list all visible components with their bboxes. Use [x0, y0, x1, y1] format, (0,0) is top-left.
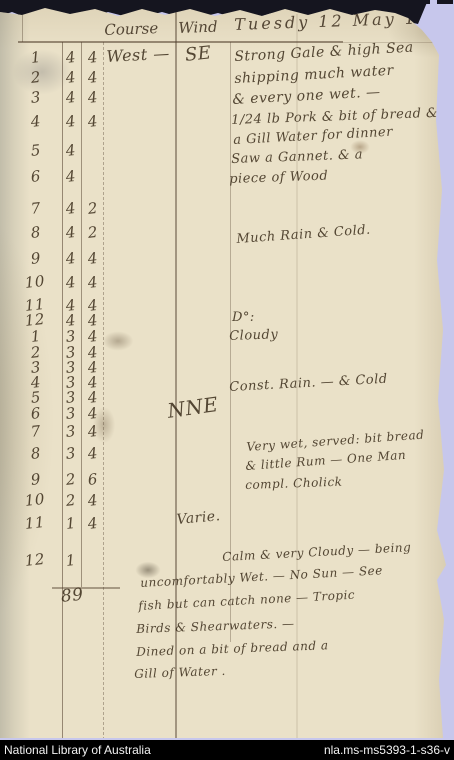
- watermark-bar: National Library of Australia nla.ms-ms5…: [0, 740, 454, 760]
- remark-line: a Gill Water for dinner: [233, 126, 393, 149]
- fathoms-value: 4: [87, 405, 99, 422]
- fathoms-value: 4: [87, 492, 99, 509]
- hour-value: 10: [24, 273, 46, 292]
- remark-line: Gill of Water .: [134, 665, 226, 681]
- knots-value: 4: [65, 142, 77, 159]
- fathoms-value: 4: [87, 515, 99, 532]
- remark-line: Saw a Gannet. & a: [231, 148, 363, 167]
- hour-value: 7: [30, 423, 42, 440]
- logbook-page: Course Wind Tuesdy 12 May 1789 144244344…: [0, 0, 454, 740]
- knots-value: 1: [65, 515, 77, 532]
- fathoms-value: 2: [87, 224, 99, 241]
- fathoms-value: 2: [87, 200, 99, 217]
- knots-value: 3: [65, 405, 77, 422]
- hour-value: 8: [30, 445, 42, 462]
- fathoms-value: 4: [87, 49, 99, 66]
- remark-line: Const. Rain. — & Cold: [229, 373, 388, 396]
- fathoms-value: 4: [87, 274, 99, 291]
- course-entry: West —: [106, 45, 170, 66]
- hour-value: 6: [30, 168, 42, 185]
- table-rule-horizontal: [18, 41, 343, 43]
- top-edge-dashes: [0, 0, 454, 4]
- knots-value: 3: [65, 423, 77, 440]
- hour-value: 2: [30, 69, 42, 86]
- fathoms-value: 4: [87, 113, 99, 130]
- hour-value: 9: [30, 471, 42, 488]
- fathoms-value: 4: [87, 423, 99, 440]
- hour-value: 8: [30, 224, 42, 241]
- remark-line: D°:: [232, 311, 255, 325]
- knots-value: 4: [65, 200, 77, 217]
- column-header-wind: Wind: [178, 18, 218, 37]
- knots-value: 2: [65, 492, 77, 509]
- hour-value: 9: [30, 250, 42, 267]
- hour-value: 5: [30, 142, 42, 159]
- knots-value: 4: [65, 274, 77, 291]
- remark-line: piece of Wood: [229, 170, 328, 188]
- hour-value: 11: [24, 514, 46, 533]
- remark-line: 1/24 lb Pork & bit of bread &: [231, 107, 438, 129]
- fathoms-value: 6: [87, 471, 99, 488]
- remark-line: Calm & very Cloudy — being: [222, 541, 412, 564]
- remark-line: fish but can catch none — Tropic: [138, 589, 355, 614]
- table-rule-vertical: [22, 14, 23, 42]
- remark-line: & every one wet. —: [232, 85, 381, 108]
- remark-line: Cloudy: [229, 328, 278, 344]
- knots-value: 4: [65, 113, 77, 130]
- remark-line: Dined on a bit of bread and a: [136, 639, 329, 659]
- table-rule-vertical-dashed: [103, 42, 104, 740]
- knots-value: 4: [65, 49, 77, 66]
- knots-value: 2: [65, 471, 77, 488]
- remark-line: Birds & Shearwaters. —: [136, 617, 295, 636]
- fathoms-value: 4: [87, 445, 99, 462]
- hour-value: 12: [24, 551, 46, 570]
- wind-entry: NNE: [166, 393, 220, 422]
- remark-line: compl. Cholick: [245, 476, 343, 493]
- knots-value: 4: [65, 250, 77, 267]
- fathoms-value: 4: [87, 69, 99, 86]
- knots-value: 3: [65, 445, 77, 462]
- remark-line: Much Rain & Cold.: [236, 224, 371, 248]
- hour-value: 3: [30, 89, 42, 106]
- hour-value: 4: [30, 113, 42, 130]
- fathoms-value: 4: [87, 89, 99, 106]
- knots-value: 4: [65, 168, 77, 185]
- wind-entry: Varie.: [176, 509, 221, 528]
- knots-value: 4: [65, 224, 77, 241]
- wind-entry: SE: [184, 43, 212, 65]
- distance-total: 89: [60, 586, 84, 607]
- column-header-course: Course: [104, 19, 159, 39]
- table-rule-vertical: [62, 42, 63, 740]
- remark-line: Strong Gale & high Sea: [234, 41, 414, 66]
- fathoms-value: 4: [87, 250, 99, 267]
- digitized-manuscript-view: Course Wind Tuesdy 12 May 1789 144244344…: [0, 0, 454, 760]
- hour-value: 6: [30, 405, 42, 422]
- image-id: nla.ms-ms5393-1-s36-v: [324, 743, 450, 757]
- table-rule-vertical: [81, 42, 82, 587]
- hour-value: 7: [30, 200, 42, 217]
- hour-value: 1: [30, 49, 42, 66]
- hour-value: 10: [24, 491, 46, 510]
- knots-value: 4: [65, 69, 77, 86]
- knots-value: 4: [65, 89, 77, 106]
- knots-value: 1: [65, 552, 77, 569]
- library-name: National Library of Australia: [4, 743, 151, 757]
